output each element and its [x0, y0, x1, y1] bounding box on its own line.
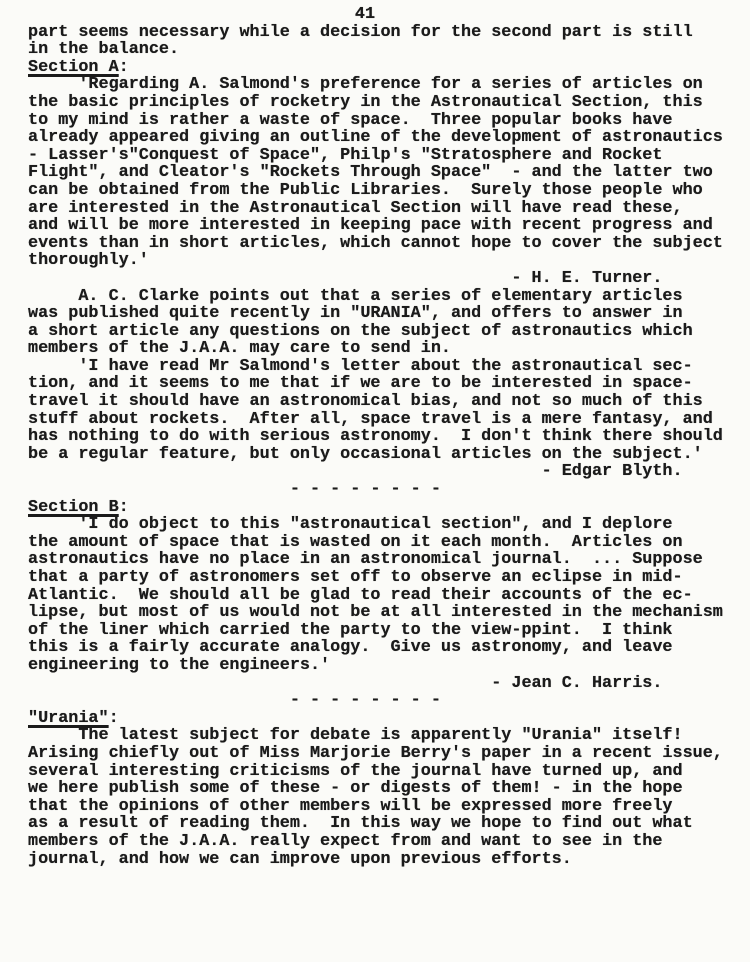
page-number: 41	[28, 6, 750, 24]
section-b-heading-colon: :	[119, 498, 129, 517]
dashed-separator-2: - - - - - - - -	[28, 692, 750, 710]
attribution-turner: - H. E. Turner.	[28, 270, 750, 288]
attribution-blyth: - Edgar Blyth.	[28, 463, 750, 481]
urania-heading: "Urania":	[28, 710, 750, 728]
urania-heading-text: "Urania"	[28, 709, 109, 728]
urania-heading-colon: :	[109, 709, 119, 728]
urania-paragraph: The latest subject for debate is apparen…	[28, 727, 750, 868]
dashed-separator-1: - - - - - - - -	[28, 481, 750, 499]
section-b-heading: Section B:	[28, 499, 750, 517]
attribution-harris: - Jean C. Harris.	[28, 675, 750, 693]
section-a-heading-text: Section A	[28, 58, 119, 77]
intro-paragraph: part seems necessary while a decision fo…	[28, 24, 750, 59]
section-a-heading-colon: :	[119, 58, 129, 77]
section-a-heading: Section A:	[28, 59, 750, 77]
document-page: 41 part seems necessary while a decision…	[0, 0, 750, 962]
section-a-paragraph-1: 'Regarding A. Salmond's preference for a…	[28, 76, 750, 270]
section-a-paragraph-3: 'I have read Mr Salmond's letter about t…	[28, 358, 750, 464]
section-a-paragraph-2: A. C. Clarke points out that a series of…	[28, 288, 750, 358]
section-b-heading-text: Section B	[28, 498, 119, 517]
section-b-paragraph: 'I do object to this "astronautical sect…	[28, 516, 750, 674]
